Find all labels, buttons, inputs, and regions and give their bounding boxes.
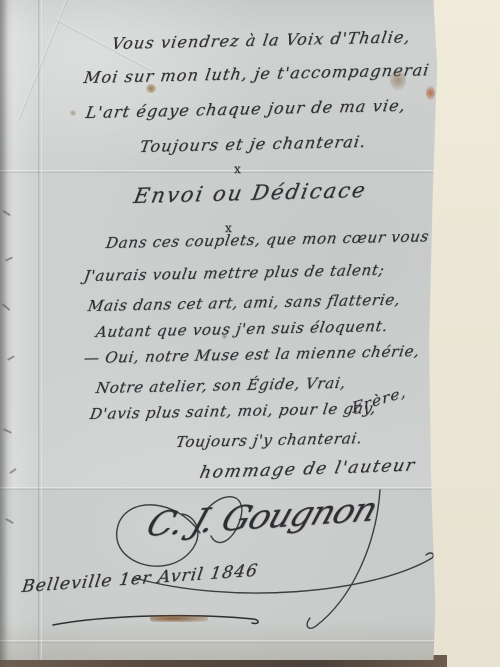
ink-bleedthrough (7, 355, 15, 361)
rust-stain (150, 615, 208, 622)
verse-line: Autant que vous j'en suis éloquent. (95, 317, 390, 341)
verse-line: Notre atelier, son Égide, Vrai, (95, 374, 348, 397)
red-stain (426, 86, 435, 100)
verse-line: D'avis plus saint, moi, pour le gay, (89, 399, 378, 423)
ink-stain (146, 84, 156, 93)
manuscript-photo: Vous viendrez à la Voix d'Thalie, Moi su… (0, 0, 500, 667)
fold-crease (0, 170, 437, 173)
verse-line: Toujours et je chanterai. (139, 132, 368, 156)
fold-crease (17, 0, 75, 121)
ink-bleedthrough (9, 468, 17, 474)
verse-line: L'art égaye chaque jour de ma vie, (85, 96, 408, 122)
verse-line: — Oui, notre Muse est la mienne chérie, (83, 342, 422, 367)
verse-line: Moi sur mon luth, je t'accompagnerai (83, 60, 432, 87)
poem-heading: Envoi ou Dédicace (132, 178, 369, 208)
margin-insert: Frère, (351, 383, 407, 417)
manuscript-paper: Vous viendrez à la Voix d'Thalie, Moi su… (0, 0, 437, 660)
fold-crease (0, 640, 437, 643)
verse-line: J'aurais voulu mettre plus de talent; (83, 261, 386, 285)
stanza-separator-mark: x (234, 162, 241, 176)
photo-edge-shadow (0, 0, 8, 667)
fold-crease (38, 0, 42, 660)
ink-stain (222, 334, 227, 339)
ink-stain (70, 110, 76, 116)
verse-line: Vous viendrez à la Voix d'Thalie, (111, 27, 413, 53)
ink-smudge (390, 70, 406, 90)
verse-line: Mais dans cet art, ami, sans flatterie, (87, 290, 402, 315)
verse-line: Dans ces couplets, que mon cœur vous déd… (105, 226, 487, 252)
verse-line: Toujours j'y chanterai. (175, 429, 364, 451)
